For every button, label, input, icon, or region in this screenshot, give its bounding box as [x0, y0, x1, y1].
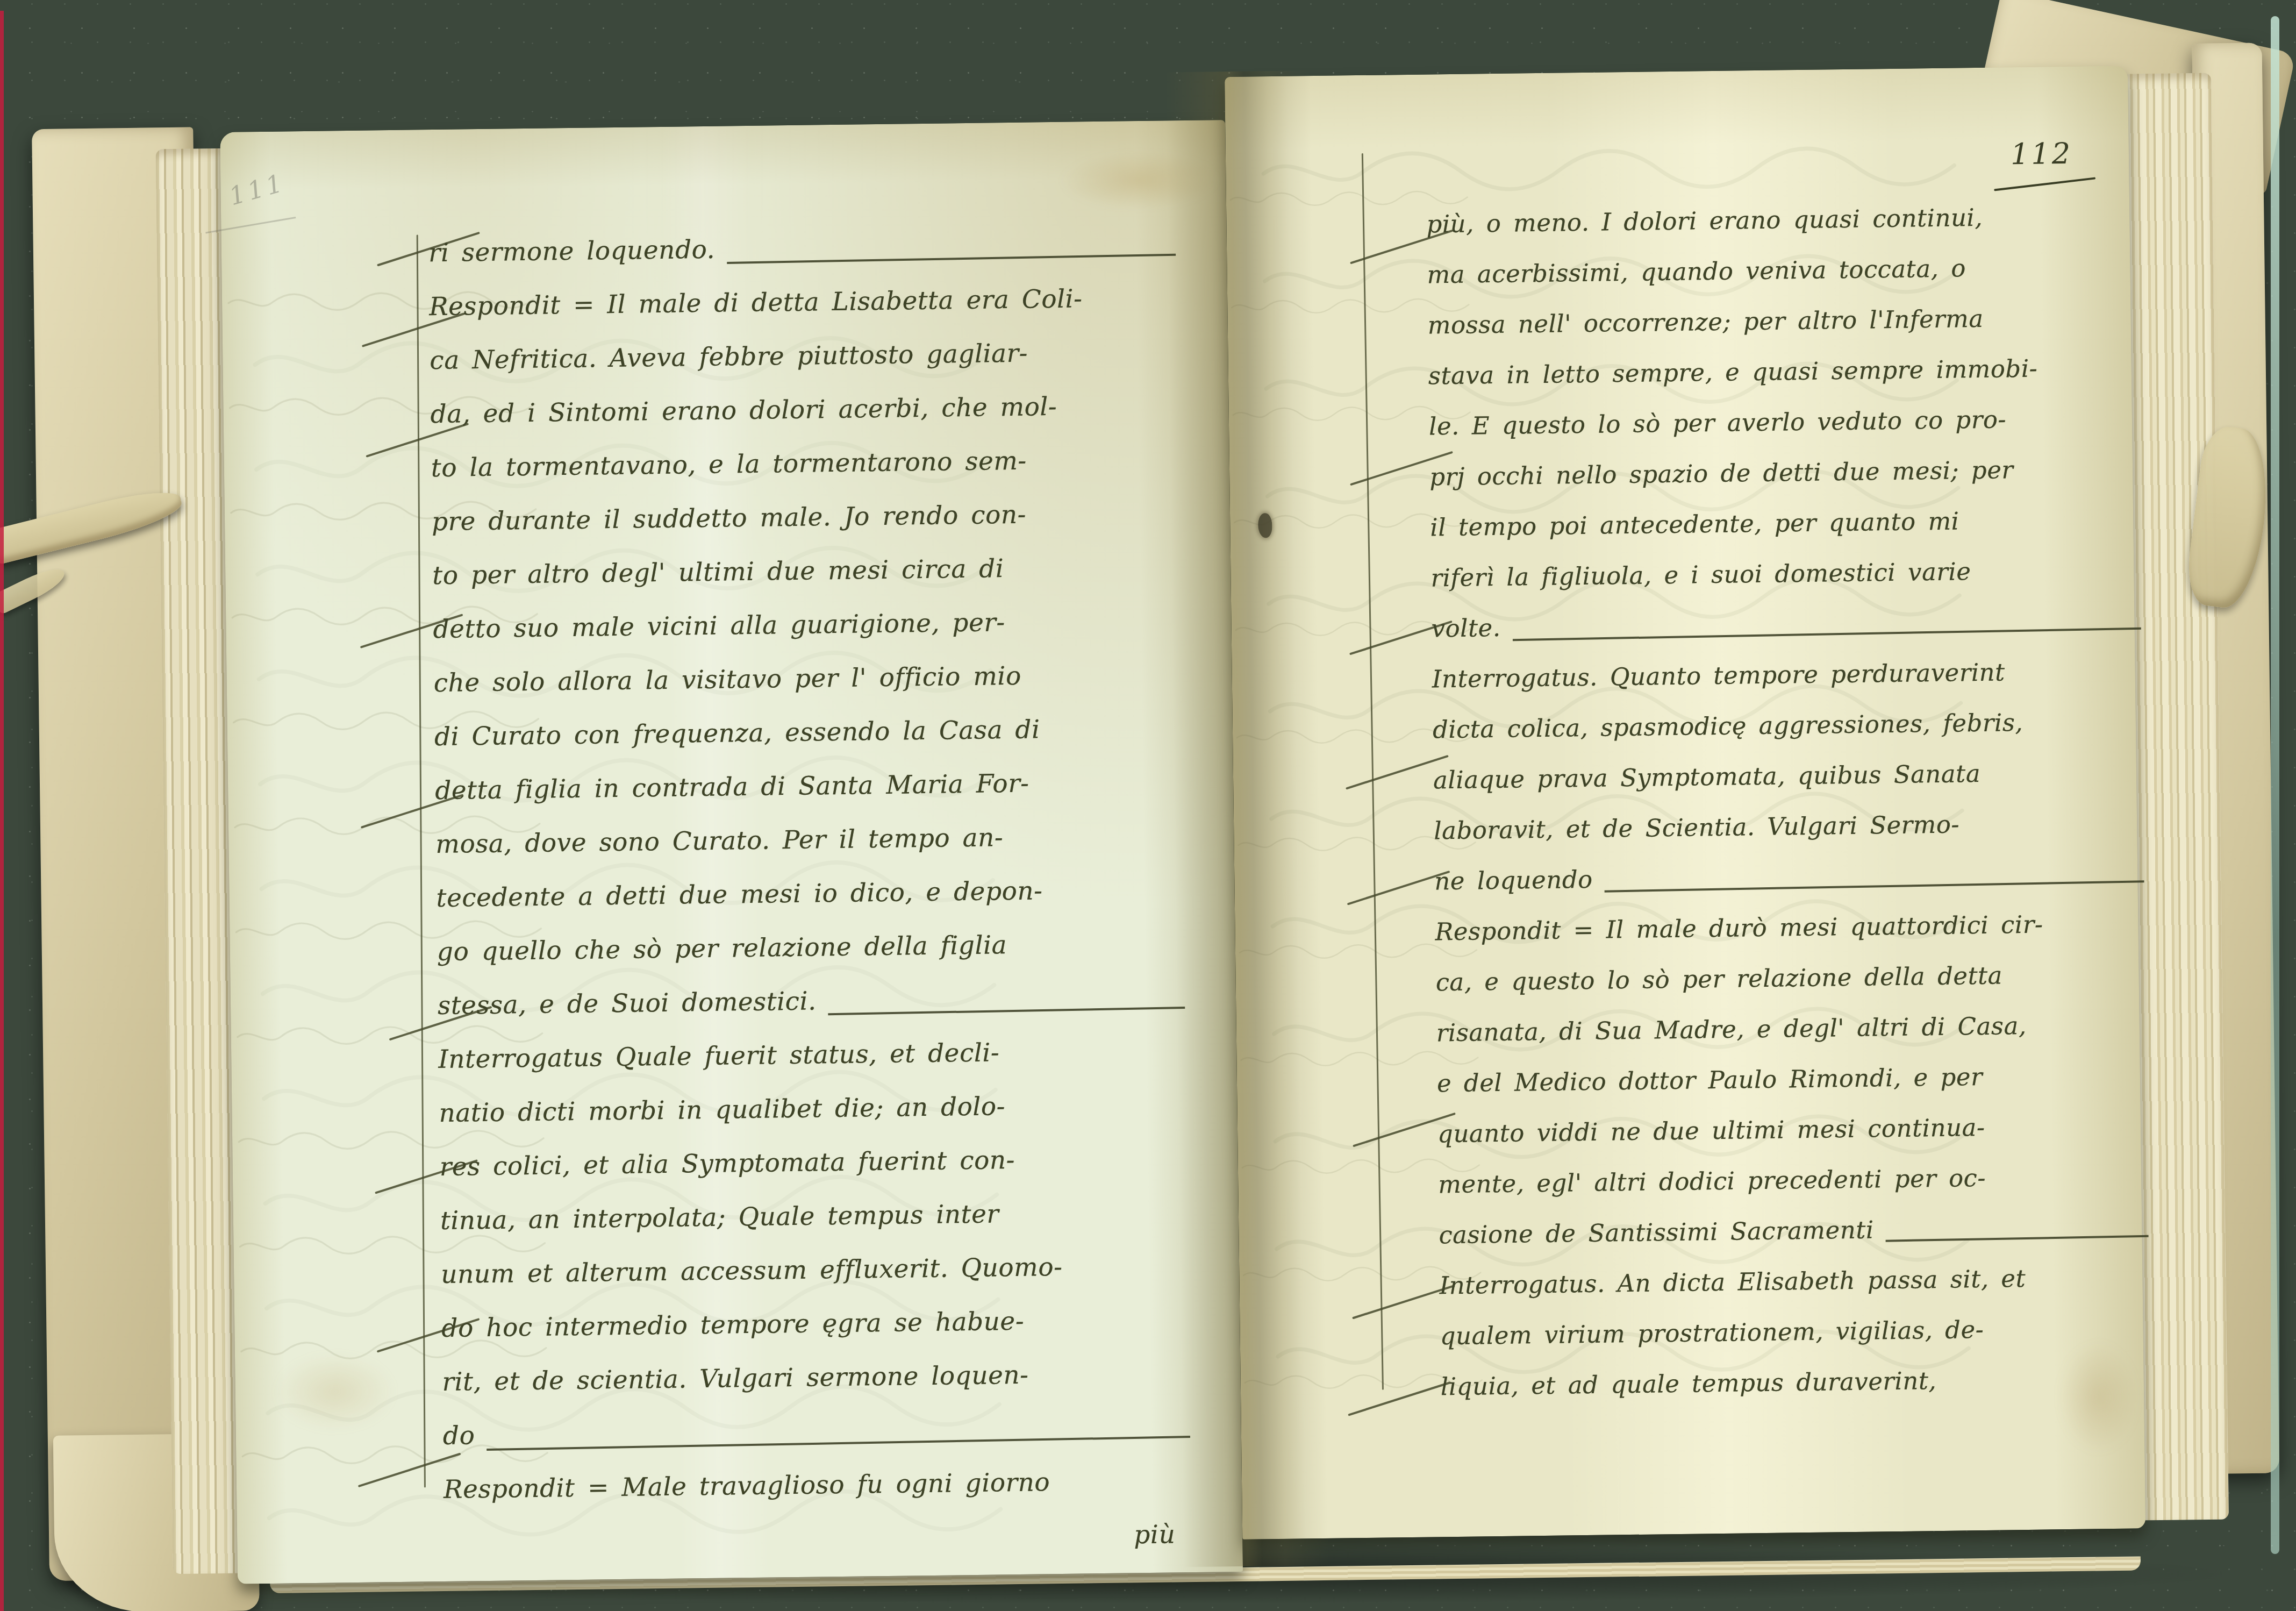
- line-text: laboravit, et de Scientia. Vulgari Sermo…: [1434, 799, 1960, 856]
- line-text: Interrogatus. Quanto tempore perduraveri…: [1432, 647, 2005, 704]
- line-text: mossa nell' occorrenze; per altro l'Infe…: [1427, 294, 1984, 351]
- ink-rule-filler: [1886, 1235, 2149, 1242]
- line-text: volte.: [1431, 603, 1501, 654]
- manuscript-line: go quello che sò per relazione della fig…: [437, 916, 1190, 979]
- line-text: risanata, di Sua Madre, e degl' altri di…: [1436, 1001, 2027, 1058]
- paper-stain: [1059, 149, 1221, 211]
- manuscript-line: di Curato con frequenza, essendo la Casa…: [434, 701, 1187, 764]
- open-manuscript-book: 111 112 ri sermone loquendo.Respondit = …: [20, 43, 2270, 1600]
- line-text: Interrogatus Quale fuerit status, et dec…: [438, 1026, 1000, 1087]
- ink-rule-filler: [1513, 628, 2141, 641]
- line-text: stessa, e de Suoi domestici.: [437, 975, 817, 1033]
- line-text: più, o meno. I dolori erano quasi contin…: [1426, 193, 1983, 250]
- line-text: res colici, et alia Symptomata fuerint c…: [439, 1134, 1015, 1194]
- line-text: liquia, et ad quale tempus duraverint,: [1440, 1356, 1936, 1412]
- manuscript-line: laboravit, et de Scientia. Vulgari Sermo…: [1434, 797, 2149, 856]
- line-text: e del Medico dottor Paulo Rimondi, e per: [1436, 1052, 1983, 1109]
- line-text: detto suo male vicini alla guarigione, p…: [433, 596, 1005, 657]
- manuscript-line: Respondit = Il male durò mesi quattordic…: [1435, 898, 2150, 957]
- manuscript-line: tecedente a detti due mesi io dico, e de…: [436, 862, 1189, 925]
- line-text: mosa, dove sono Curato. Per il tempo an-: [435, 811, 1004, 872]
- line-text: unum et alterum accessum effluxerit. Quo…: [441, 1241, 1063, 1302]
- manuscript-line: più, o meno. I dolori erano quasi contin…: [1426, 190, 2142, 250]
- manuscript-line: dicta colica, spasmodicę aggressiones, f…: [1432, 696, 2148, 755]
- manuscript-line: ca Nefritica. Aveva febbre piuttosto gag…: [430, 325, 1183, 388]
- line-text: che solo allora la visitavo per l' offic…: [433, 650, 1021, 710]
- line-text: do hoc intermedio tempore ęgra se habue-: [441, 1295, 1025, 1356]
- manuscript-line: Respondit = Male travaglioso fu ogni gio…: [443, 1454, 1196, 1517]
- ink-rule-filler: [487, 1436, 1190, 1451]
- line-text: prj occhi nello spazio de detti due mesi…: [1429, 445, 2014, 502]
- folio-number: 112: [2011, 137, 2073, 171]
- manuscript-line: rit, et de scientia. Vulgari sermone loq…: [442, 1346, 1195, 1409]
- manuscript-line: stessa, e de Suoi domestici.: [437, 970, 1190, 1033]
- manuscript-line: pre durante il suddetto male. Jo rendo c…: [431, 486, 1184, 549]
- line-text: to la tormentavano, e la tormentarono se…: [431, 434, 1027, 496]
- photo-background: 111 112 ri sermone loquendo.Respondit = …: [0, 0, 2296, 1611]
- manuscript-line: prj occhi nello spazio de detti due mesi…: [1429, 443, 2145, 502]
- line-text: go quello che sò per relazione della fig…: [437, 918, 1007, 979]
- manuscript-line: do hoc intermedio tempore ęgra se habue-: [441, 1293, 1195, 1356]
- manuscript-line: da, ed i Sintomi erano dolori acerbi, ch…: [430, 379, 1183, 441]
- line-text: qualem virium prostrationem, vigilias, d…: [1440, 1305, 1984, 1361]
- line-text: tinua, an interpolata; Quale tempus inte…: [440, 1187, 999, 1248]
- manuscript-line: natio dicti morbi in qualibet die; an do…: [439, 1078, 1192, 1140]
- line-text: Respondit = Male travaglioso fu ogni gio…: [443, 1456, 1050, 1517]
- line-text: rit, et de scientia. Vulgari sermone loq…: [442, 1349, 1029, 1409]
- manuscript-line: mossa nell' occorrenze; per altro l'Infe…: [1427, 291, 2143, 351]
- manuscript-line: liquia, et ad quale tempus duraverint,: [1440, 1353, 2156, 1412]
- glass-edge-strip: [2271, 16, 2279, 1554]
- manuscript-line: qualem virium prostrationem, vigilias, d…: [1440, 1302, 2155, 1361]
- ink-rule-filler: [1605, 880, 2144, 892]
- manuscript-line: Interrogatus. Quanto tempore perduraveri…: [1432, 645, 2147, 704]
- ink-blot: [1258, 513, 1272, 538]
- manuscript-line: riferì la figliuola, e i suoi domestici …: [1430, 544, 2146, 603]
- paper-stain: [273, 1351, 397, 1433]
- manuscript-line: to per altro degl' ultimi due mesi circa…: [432, 540, 1185, 603]
- manuscript-line: detta figlia in contrada di Santa Maria …: [435, 755, 1188, 818]
- manuscript-line: ca, e questo lo sò per relazione della d…: [1435, 949, 2151, 1008]
- manuscript-line: stava in letto sempre, e quasi sempre im…: [1428, 342, 2143, 401]
- line-text: detta figlia in contrada di Santa Maria …: [435, 757, 1030, 818]
- line-text: le. E questo lo sò per averlo veduto co …: [1428, 394, 2006, 452]
- manuscript-line: aliaque prava Symptomata, quibus Sanata: [1433, 746, 2149, 805]
- manuscript-line: Respondit = Il male di detta Lisabetta e…: [429, 271, 1182, 334]
- manuscript-line: ma acerbissimi, quando veniva toccata, o: [1427, 241, 2142, 300]
- line-text: aliaque prava Symptomata, quibus Sanata: [1433, 749, 1981, 805]
- line-text: quanto viddi ne due ultimi mesi continua…: [1437, 1102, 1985, 1159]
- line-text: di Curato con frequenza, essendo la Casa…: [434, 703, 1040, 764]
- scan-edge-red-strip: [0, 11, 4, 1611]
- line-text: casione de Santissimi Sacramenti: [1439, 1204, 1874, 1260]
- line-text: do: [442, 1409, 475, 1463]
- line-text: Respondit = Il male durò mesi quattordic…: [1435, 900, 2043, 958]
- line-text: ma acerbissimi, quando veniva toccata, o: [1427, 243, 1966, 300]
- manuscript-line: unum et alterum accessum effluxerit. Quo…: [441, 1239, 1194, 1302]
- manuscript-line: casione de Santissimi Sacramenti: [1439, 1201, 2154, 1260]
- margin-strokes: [20, 43, 2251, 70]
- manuscript-line: do: [442, 1400, 1196, 1463]
- line-text: ca Nefritica. Aveva febbre piuttosto gag…: [430, 327, 1028, 388]
- manuscript-line: Interrogatus. An dicta Elisabeth passa s…: [1439, 1252, 2155, 1311]
- manuscript-line: ri sermone loquendo.: [428, 217, 1181, 280]
- manuscript-line: Interrogatus Quale fuerit status, et dec…: [438, 1024, 1191, 1087]
- right-page-text: più, o meno. I dolori erano quasi contin…: [1426, 190, 2156, 1412]
- line-text: to per altro degl' ultimi due mesi circa…: [432, 542, 1004, 603]
- manuscript-line: mente, egl' altri dodici precedenti per …: [1438, 1151, 2154, 1210]
- line-text: riferì la figliuola, e i suoi domestici …: [1430, 546, 1971, 603]
- line-text: da, ed i Sintomi erano dolori acerbi, ch…: [430, 380, 1057, 441]
- manuscript-line: mosa, dove sono Curato. Per il tempo an-: [435, 809, 1189, 872]
- manuscript-line: le. E questo lo sò per averlo veduto co …: [1428, 393, 2144, 452]
- line-text: mente, egl' altri dodici precedenti per …: [1438, 1153, 1986, 1210]
- line-text: il tempo poi antecedente, per quanto mi: [1430, 496, 1959, 553]
- line-text: natio dicti morbi in qualibet die; an do…: [439, 1080, 1006, 1140]
- manuscript-line: e del Medico dottor Paulo Rimondi, e per: [1436, 1050, 2152, 1109]
- line-text: stava in letto sempre, e quasi sempre im…: [1428, 344, 2038, 402]
- line-text: più: [1134, 1508, 1176, 1562]
- manuscript-line: risanata, di Sua Madre, e degl' altri di…: [1436, 999, 2151, 1058]
- manuscript-line: quanto viddi ne due ultimi mesi continua…: [1437, 1100, 2153, 1159]
- manuscript-line: che solo allora la visitavo per l' offic…: [433, 647, 1186, 710]
- catchword-line: più: [444, 1508, 1197, 1571]
- ink-rule-filler: [727, 254, 1176, 264]
- line-text: ri sermone loquendo.: [428, 223, 715, 281]
- manuscript-line: to la tormentavano, e la tormentarono se…: [431, 432, 1184, 495]
- line-text: dicta colica, spasmodicę aggressiones, f…: [1432, 697, 2023, 755]
- manuscript-line: volte.: [1431, 595, 2147, 654]
- line-text: pre durante il suddetto male. Jo rendo c…: [431, 488, 1026, 550]
- manuscript-line: res colici, et alia Symptomata fuerint c…: [439, 1131, 1192, 1194]
- left-page-text: ri sermone loquendo.Respondit = Il male …: [428, 217, 1197, 1571]
- ink-rule-filler: [828, 1007, 1185, 1015]
- manuscript-line: il tempo poi antecedente, per quanto mi: [1430, 494, 2145, 553]
- line-text: ne loquendo: [1434, 854, 1593, 907]
- line-text: Interrogatus. An dicta Elisabeth passa s…: [1439, 1253, 2026, 1311]
- manuscript-line: ne loquendo: [1434, 847, 2150, 907]
- manuscript-line: detto suo male vicini alla guarigione, p…: [433, 594, 1186, 657]
- line-text: Respondit = Il male di detta Lisabetta e…: [429, 272, 1083, 334]
- manuscript-line: tinua, an interpolata; Quale tempus inte…: [440, 1185, 1193, 1248]
- line-text: ca, e questo lo sò per relazione della d…: [1435, 951, 2002, 1008]
- line-text: tecedente a detti due mesi io dico, e de…: [436, 864, 1043, 925]
